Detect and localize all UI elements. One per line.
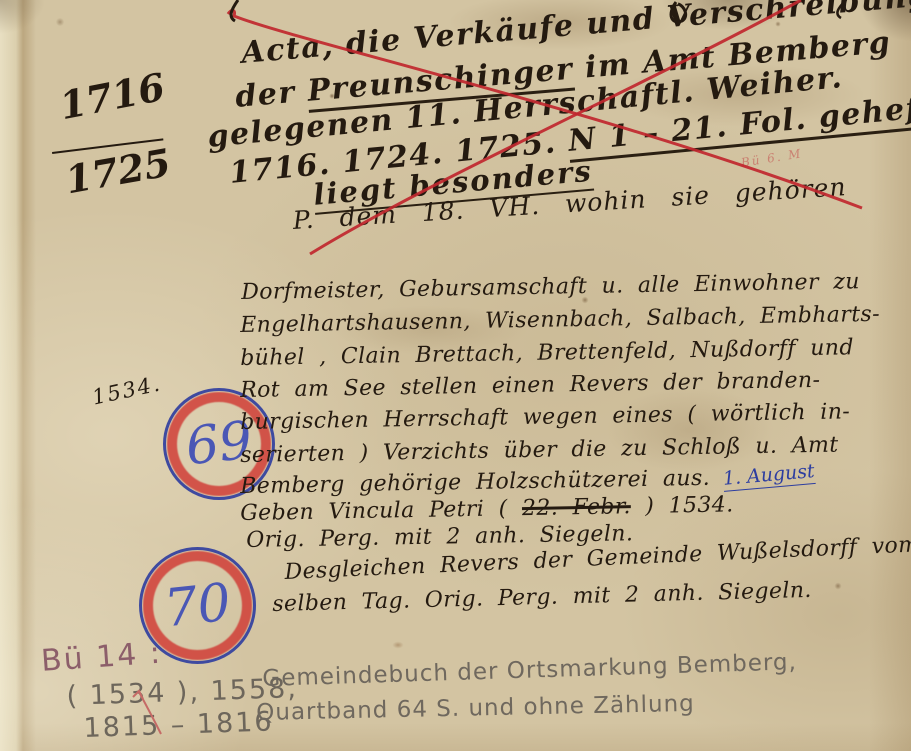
date-post: ) 1534. xyxy=(631,492,734,519)
footer-years-2: 1815 – 1816 xyxy=(83,706,274,744)
entry-69-line: bühel , Clain Brettach, Brettenfeld, Nuß… xyxy=(240,335,854,371)
footer-pencil-title-1: Gemeindebuch der Ortsmarkung Bemberg, xyxy=(262,649,797,692)
blue-ink-correction: 1. August xyxy=(722,460,816,492)
struck-date: 22. Febr. xyxy=(522,494,631,521)
manuscript-page: Bü 6. M 1716 1725 Acta, die Verkäufe und… xyxy=(0,0,911,751)
entry-70-line: selben Tag. Orig. Perg. mit 2 anh. Siege… xyxy=(272,578,812,617)
entry-69-line: Engelhartshausenn, Wisennbach, Salbach, … xyxy=(240,302,880,338)
footer-shelfmark: Bü 14 : xyxy=(40,636,163,679)
margin-date-upper: 1716 xyxy=(56,64,168,128)
entry-69-line: burgischen Herrschaft wegen eines ( wört… xyxy=(240,399,850,435)
faint-archive-stamp: Bü 6. M xyxy=(740,146,803,170)
footer-pencil-title-2: Quartband 64 S. und ohne Zählung xyxy=(256,691,695,726)
entry-69-line: Dorfmeister, Gebursamschaft u. alle Einw… xyxy=(241,269,860,305)
date-pre: Geben Vincula Petri ( xyxy=(240,496,522,526)
title-line-2-pre: der xyxy=(234,74,309,115)
entry-69-margin-year: 1534. xyxy=(90,371,164,409)
entry-69-line: serierten ) Verzichts über die zu Schloß… xyxy=(240,433,839,468)
ink-fragment-icon xyxy=(231,0,238,21)
entry-69-line: Rot am See stellen einen Revers der bran… xyxy=(240,368,821,403)
